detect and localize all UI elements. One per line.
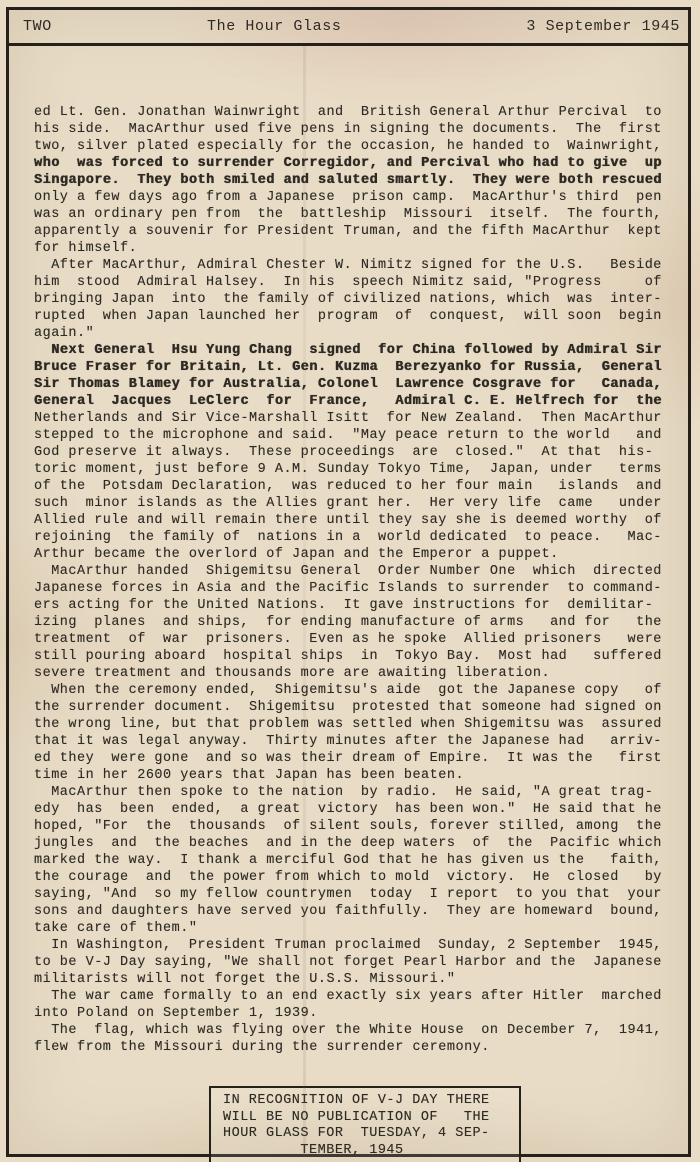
- text-line: flew from the Missouri during the surren…: [34, 1039, 688, 1056]
- article-body: ed Lt. Gen. Jonathan Wainwright and Brit…: [9, 46, 688, 1056]
- text-line: again.": [34, 325, 688, 342]
- text-line: was an ordinary pen from the battleship …: [34, 206, 688, 223]
- text-line: two, silver plated especially for the oc…: [34, 138, 688, 155]
- text-line: take care of them.": [34, 920, 688, 937]
- notice-box: IN RECOGNITION OF V-J DAY THEREWILL BE N…: [209, 1086, 521, 1162]
- text-line: still pouring aboard hospital ships in T…: [34, 648, 688, 665]
- text-line: the courage and the power from which to …: [34, 869, 688, 886]
- text-line: The flag, which was flying over the Whit…: [34, 1022, 688, 1039]
- text-line: time in her 2600 years that Japan has be…: [34, 767, 688, 784]
- text-line: God preserve it always. These proceeding…: [34, 444, 688, 461]
- page-header: TWO The Hour Glass 3 September 1945: [9, 10, 688, 46]
- text-line: to be V-J Day saying, "We shall not forg…: [34, 954, 688, 971]
- text-line: only a few days ago from a Japanese pris…: [34, 189, 688, 206]
- text-line: sons and daughters have served you faith…: [34, 903, 688, 920]
- notice-line: WILL BE NO PUBLICATION OF THE: [223, 1110, 519, 1127]
- text-line: MacArthur handed Shigemitsu General Orde…: [34, 563, 688, 580]
- text-line: stepped to the microphone and said. "May…: [34, 427, 688, 444]
- text-line: ers acting for the United Nations. It ga…: [34, 597, 688, 614]
- text-line: marked the way. I thank a merciful God t…: [34, 852, 688, 869]
- text-line: into Poland on September 1, 1939.: [34, 1005, 688, 1022]
- notice-line: TEMBER, 1945: [223, 1143, 519, 1160]
- text-line: After MacArthur, Admiral Chester W. Nimi…: [34, 257, 688, 274]
- notice-line: HOUR GLASS FOR TUESDAY, 4 SEP-: [223, 1126, 519, 1143]
- text-line: Japanese forces in Asia and the Pacific …: [34, 580, 688, 597]
- text-line: his side. MacArthur used five pens in si…: [34, 121, 688, 138]
- paragraph: The war came formally to an end exactly …: [34, 988, 688, 1022]
- text-line: saying, "And so my fellow countrymen tod…: [34, 886, 688, 903]
- text-line: toric moment, just before 9 A.M. Sunday …: [34, 461, 688, 478]
- text-line: rupted when Japan launched her program o…: [34, 308, 688, 325]
- text-line: Next General Hsu Yung Chang signed for C…: [34, 342, 688, 359]
- text-line: the surrender document. Shigemitsu prote…: [34, 699, 688, 716]
- text-line: militarists will not forget the U.S.S. M…: [34, 971, 688, 988]
- text-line: edy has been ended, a great victory has …: [34, 801, 688, 818]
- text-line: apparently a souvenir for President Trum…: [34, 223, 688, 240]
- paragraph: In Washington, President Truman proclaim…: [34, 937, 688, 988]
- text-line: Sir Thomas Blamey for Australia, Colonel…: [34, 376, 688, 393]
- paragraph: The flag, which was flying over the Whit…: [34, 1022, 688, 1056]
- text-line: who was forced to surrender Corregidor, …: [34, 155, 688, 172]
- text-line: for himself.: [34, 240, 688, 257]
- text-line: rejoining the family of nations in a wor…: [34, 529, 688, 546]
- text-line: him stood Admiral Halsey. In his speech …: [34, 274, 688, 291]
- text-line: Bruce Fraser for Britain, Lt. Gen. Kuzma…: [34, 359, 688, 376]
- text-line: the wrong line, but that problem was set…: [34, 716, 688, 733]
- page-date: 3 September 1945: [526, 18, 680, 35]
- paragraph: After MacArthur, Admiral Chester W. Nimi…: [34, 257, 688, 342]
- page-title: The Hour Glass: [207, 18, 341, 35]
- text-line: of the Potsdam Declaration, was reduced …: [34, 478, 688, 495]
- text-line: hoped, "For the thousands of silent soul…: [34, 818, 688, 835]
- text-line: that it was legal anyway. Thirty minutes…: [34, 733, 688, 750]
- paragraph: When the ceremony ended, Shigemitsu's ai…: [34, 682, 688, 784]
- text-line: General Jacques LeClerc for France, Admi…: [34, 393, 688, 410]
- text-line: bringing Japan into the family of civili…: [34, 291, 688, 308]
- text-line: Netherlands and Sir Vice-Marshall Isitt …: [34, 410, 688, 427]
- text-line: jungles and the beaches and in the deep …: [34, 835, 688, 852]
- text-line: Arthur became the overlord of Japan and …: [34, 546, 688, 563]
- paragraph: Next General Hsu Yung Chang signed for C…: [34, 342, 688, 563]
- text-line: Singapore. They both smiled and saluted …: [34, 172, 688, 189]
- text-line: treatment of war prisoners. Even as he s…: [34, 631, 688, 648]
- text-line: ed Lt. Gen. Jonathan Wainwright and Brit…: [34, 104, 688, 121]
- text-line: The war came formally to an end exactly …: [34, 988, 688, 1005]
- text-line: such minor islands as the Allies grant h…: [34, 495, 688, 512]
- text-line: Allied rule and will remain there until …: [34, 512, 688, 529]
- text-line: izing planes and ships, for ending manuf…: [34, 614, 688, 631]
- paragraph: MacArthur handed Shigemitsu General Orde…: [34, 563, 688, 682]
- paragraph: ed Lt. Gen. Jonathan Wainwright and Brit…: [34, 104, 688, 257]
- text-line: ed they were gone and so was their dream…: [34, 750, 688, 767]
- page-number: TWO: [23, 18, 52, 35]
- notice-text: IN RECOGNITION OF V-J DAY THEREWILL BE N…: [223, 1093, 519, 1159]
- newsletter-page: TWO The Hour Glass 3 September 1945 ed L…: [6, 7, 691, 1157]
- paragraph: MacArthur then spoke to the nation by ra…: [34, 784, 688, 937]
- notice-line: IN RECOGNITION OF V-J DAY THERE: [223, 1093, 519, 1110]
- text-line: severe treatment and thousands more are …: [34, 665, 688, 682]
- text-line: MacArthur then spoke to the nation by ra…: [34, 784, 688, 801]
- text-line: In Washington, President Truman proclaim…: [34, 937, 688, 954]
- text-line: When the ceremony ended, Shigemitsu's ai…: [34, 682, 688, 699]
